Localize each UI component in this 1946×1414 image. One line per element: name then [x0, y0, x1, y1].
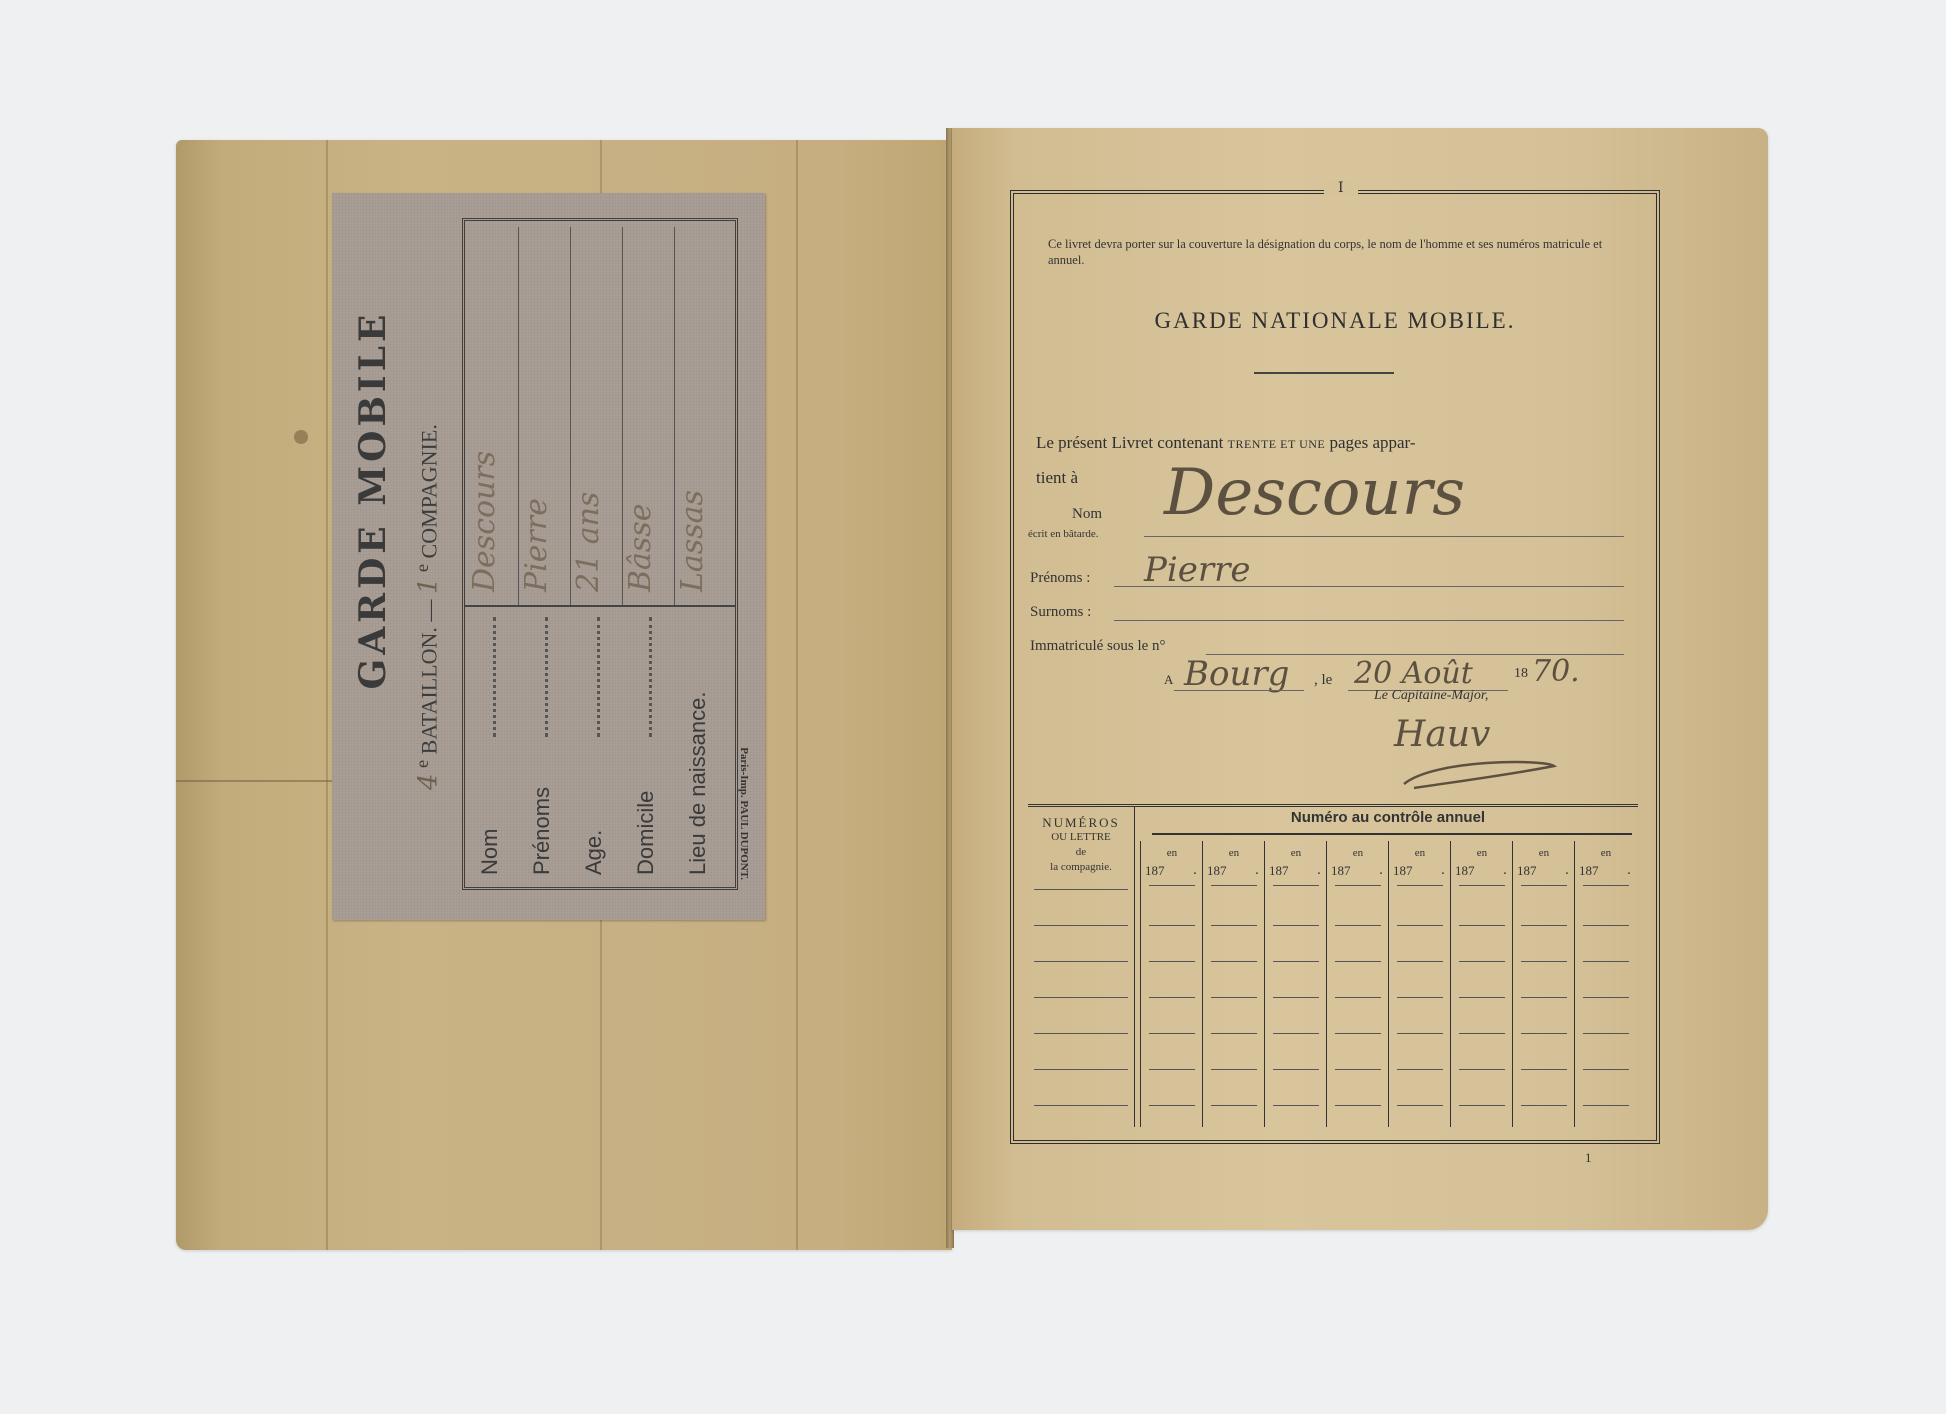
leader-dots [577, 617, 600, 737]
year-label: 187 [1207, 863, 1227, 879]
year-dot: . [1565, 863, 1569, 878]
signature-label: Le Capitaine-Major, [1374, 688, 1488, 704]
en-label: en [1451, 847, 1513, 859]
prenoms-label: Prénoms [529, 787, 555, 875]
card-row-domicile: Domicile Bâsse [623, 227, 675, 887]
document-title: GARDE NATIONALE MOBILE. [1014, 308, 1656, 334]
card-title: GARDE MOBILE [352, 290, 394, 710]
year-column: en 187 . [1264, 841, 1327, 1127]
nom-line [1144, 536, 1624, 537]
company-suffix: e [412, 564, 432, 572]
en-label: en [1203, 847, 1265, 859]
caption-rule [1152, 833, 1632, 835]
company-number-column: NUMÉROS OU LETTRE de la compagnie. [1028, 807, 1135, 1127]
dash: — [416, 594, 441, 622]
immatricule-label: Immatriculé sous le n° [1030, 638, 1166, 655]
en-label: en [1513, 847, 1575, 859]
domicile-value: Bâsse [623, 504, 658, 592]
page-number: 1 [1585, 1150, 1592, 1166]
year-label: 187 [1145, 863, 1165, 879]
row-rule [1034, 997, 1128, 998]
year-column: en 187 . [1202, 841, 1265, 1127]
year-label: 187 [1579, 863, 1599, 879]
nom-value: Descours [467, 451, 502, 592]
signature-flourish [1394, 754, 1564, 794]
para-line2: tient à [1036, 468, 1078, 487]
company-number: 1 [413, 578, 443, 595]
table-caption: Numéro au contrôle annuel [1138, 809, 1638, 826]
year-label: 187 [1517, 863, 1537, 879]
nom-handwritten: Descours [1164, 456, 1465, 530]
nom-label: Nom [1072, 506, 1102, 523]
card-info-box: Nom Descours Prénoms Pierre Age. 21 ans … [462, 218, 738, 890]
row-rule [1034, 1105, 1128, 1106]
header-line: OU LETTRE [1028, 830, 1134, 845]
year-dot: . [1317, 863, 1321, 878]
lieu-naissance-label: Lieu de naissance. [685, 692, 711, 875]
nom-sublabel: écrit en bâtarde. [1028, 528, 1099, 540]
prenoms-line [1114, 586, 1624, 587]
prenoms-handwritten: Pierre [1144, 550, 1251, 590]
battalion-label: BATAILLON. [416, 627, 441, 754]
domicile-label: Domicile [633, 791, 659, 875]
year-column: en 187 . [1388, 841, 1451, 1127]
year-label: 187 [1455, 863, 1475, 879]
en-label: en [1141, 847, 1203, 859]
year-dot: . [1255, 863, 1259, 878]
leader-dots [525, 617, 548, 737]
title-rule [1254, 372, 1394, 374]
battalion-suffix: e [412, 760, 432, 768]
leader-dots [473, 617, 496, 737]
a-label: A [1164, 672, 1173, 688]
card-row-lieu-naissance: Lieu de naissance. Lassas [675, 227, 727, 887]
prenoms-value: Pierre [519, 498, 554, 592]
year-dot: . [1503, 863, 1507, 878]
header-line: de [1028, 845, 1134, 860]
nom-label: Nom [477, 829, 503, 875]
surnoms-line [1114, 620, 1624, 621]
intro-instructions: Ce livret devra porter sur la couverture… [1048, 236, 1638, 268]
en-label: en [1327, 847, 1389, 859]
en-label: en [1389, 847, 1451, 859]
leader-dots [629, 617, 652, 737]
para-end: pages appar- [1330, 433, 1416, 452]
card-battalion-company: 4 e BATAILLON. — 1 e COMPAGNIE. [412, 230, 443, 790]
card-row-nom: Nom Descours [467, 227, 519, 887]
company-label: COMPAGNIE. [416, 424, 441, 558]
printer-imprint: Paris-Imp. PAUL DUPONT. [738, 747, 750, 880]
age-value: 21 ans [571, 492, 606, 592]
fold-line [326, 140, 328, 1250]
year-handwritten: 70. [1532, 654, 1580, 689]
row-rule [1034, 925, 1128, 926]
year-column: en 187 . [1450, 841, 1513, 1127]
header-line: la compagnie. [1028, 860, 1134, 875]
para-start: Le présent Livret contenant [1036, 433, 1223, 452]
en-label: en [1575, 847, 1637, 859]
en-label: en [1265, 847, 1327, 859]
fold-line [796, 140, 798, 1250]
place-handwritten: Bourg [1184, 654, 1289, 694]
year-prefix: 18 [1514, 666, 1528, 682]
year-label: 187 [1269, 863, 1289, 879]
year-label: 187 [1331, 863, 1351, 879]
le-label: , le [1314, 672, 1332, 689]
battalion-number: 4 [413, 773, 443, 790]
year-label: 187 [1393, 863, 1413, 879]
stain [294, 430, 308, 444]
year-dot: . [1379, 863, 1383, 878]
row-rule [1034, 961, 1128, 962]
age-label: Age. [581, 830, 607, 875]
company-column-header: NUMÉROS OU LETTRE de la compagnie. [1028, 815, 1134, 875]
year-dot: . [1441, 863, 1445, 878]
row-rule [1034, 1033, 1128, 1034]
year-column: en 187 . [1512, 841, 1575, 1127]
page-marker: I [1324, 180, 1358, 196]
signature-handwritten: Hauv [1394, 714, 1490, 755]
card-row-age: Age. 21 ans [571, 227, 623, 887]
lieu-naissance-value: Lassas [675, 490, 710, 592]
date-handwritten: 20 Août [1354, 656, 1473, 691]
place-line [1174, 690, 1304, 691]
surnoms-label: Surnoms : [1030, 604, 1091, 621]
row-rule [1034, 1069, 1128, 1070]
form-frame: I Ce livret devra porter sur la couvertu… [1010, 190, 1660, 1144]
para-page-count: TRENTE ET UNE [1228, 437, 1326, 451]
row-rule [1034, 889, 1128, 890]
year-column: en 187 . [1140, 841, 1203, 1127]
year-column: en 187 . [1574, 841, 1637, 1127]
card-row-prenoms: Prénoms Pierre [519, 227, 571, 887]
garde-mobile-card: GARDE MOBILE 4 e BATAILLON. — 1 e COMPAG… [332, 193, 765, 920]
annual-control-table: NUMÉROS OU LETTRE de la compagnie. Numér… [1028, 804, 1638, 1127]
year-dot: . [1627, 863, 1631, 878]
year-dot: . [1193, 863, 1197, 878]
year-column: en 187 . [1326, 841, 1389, 1127]
prenoms-label: Prénoms : [1030, 570, 1090, 587]
header-line: NUMÉROS [1028, 815, 1134, 830]
